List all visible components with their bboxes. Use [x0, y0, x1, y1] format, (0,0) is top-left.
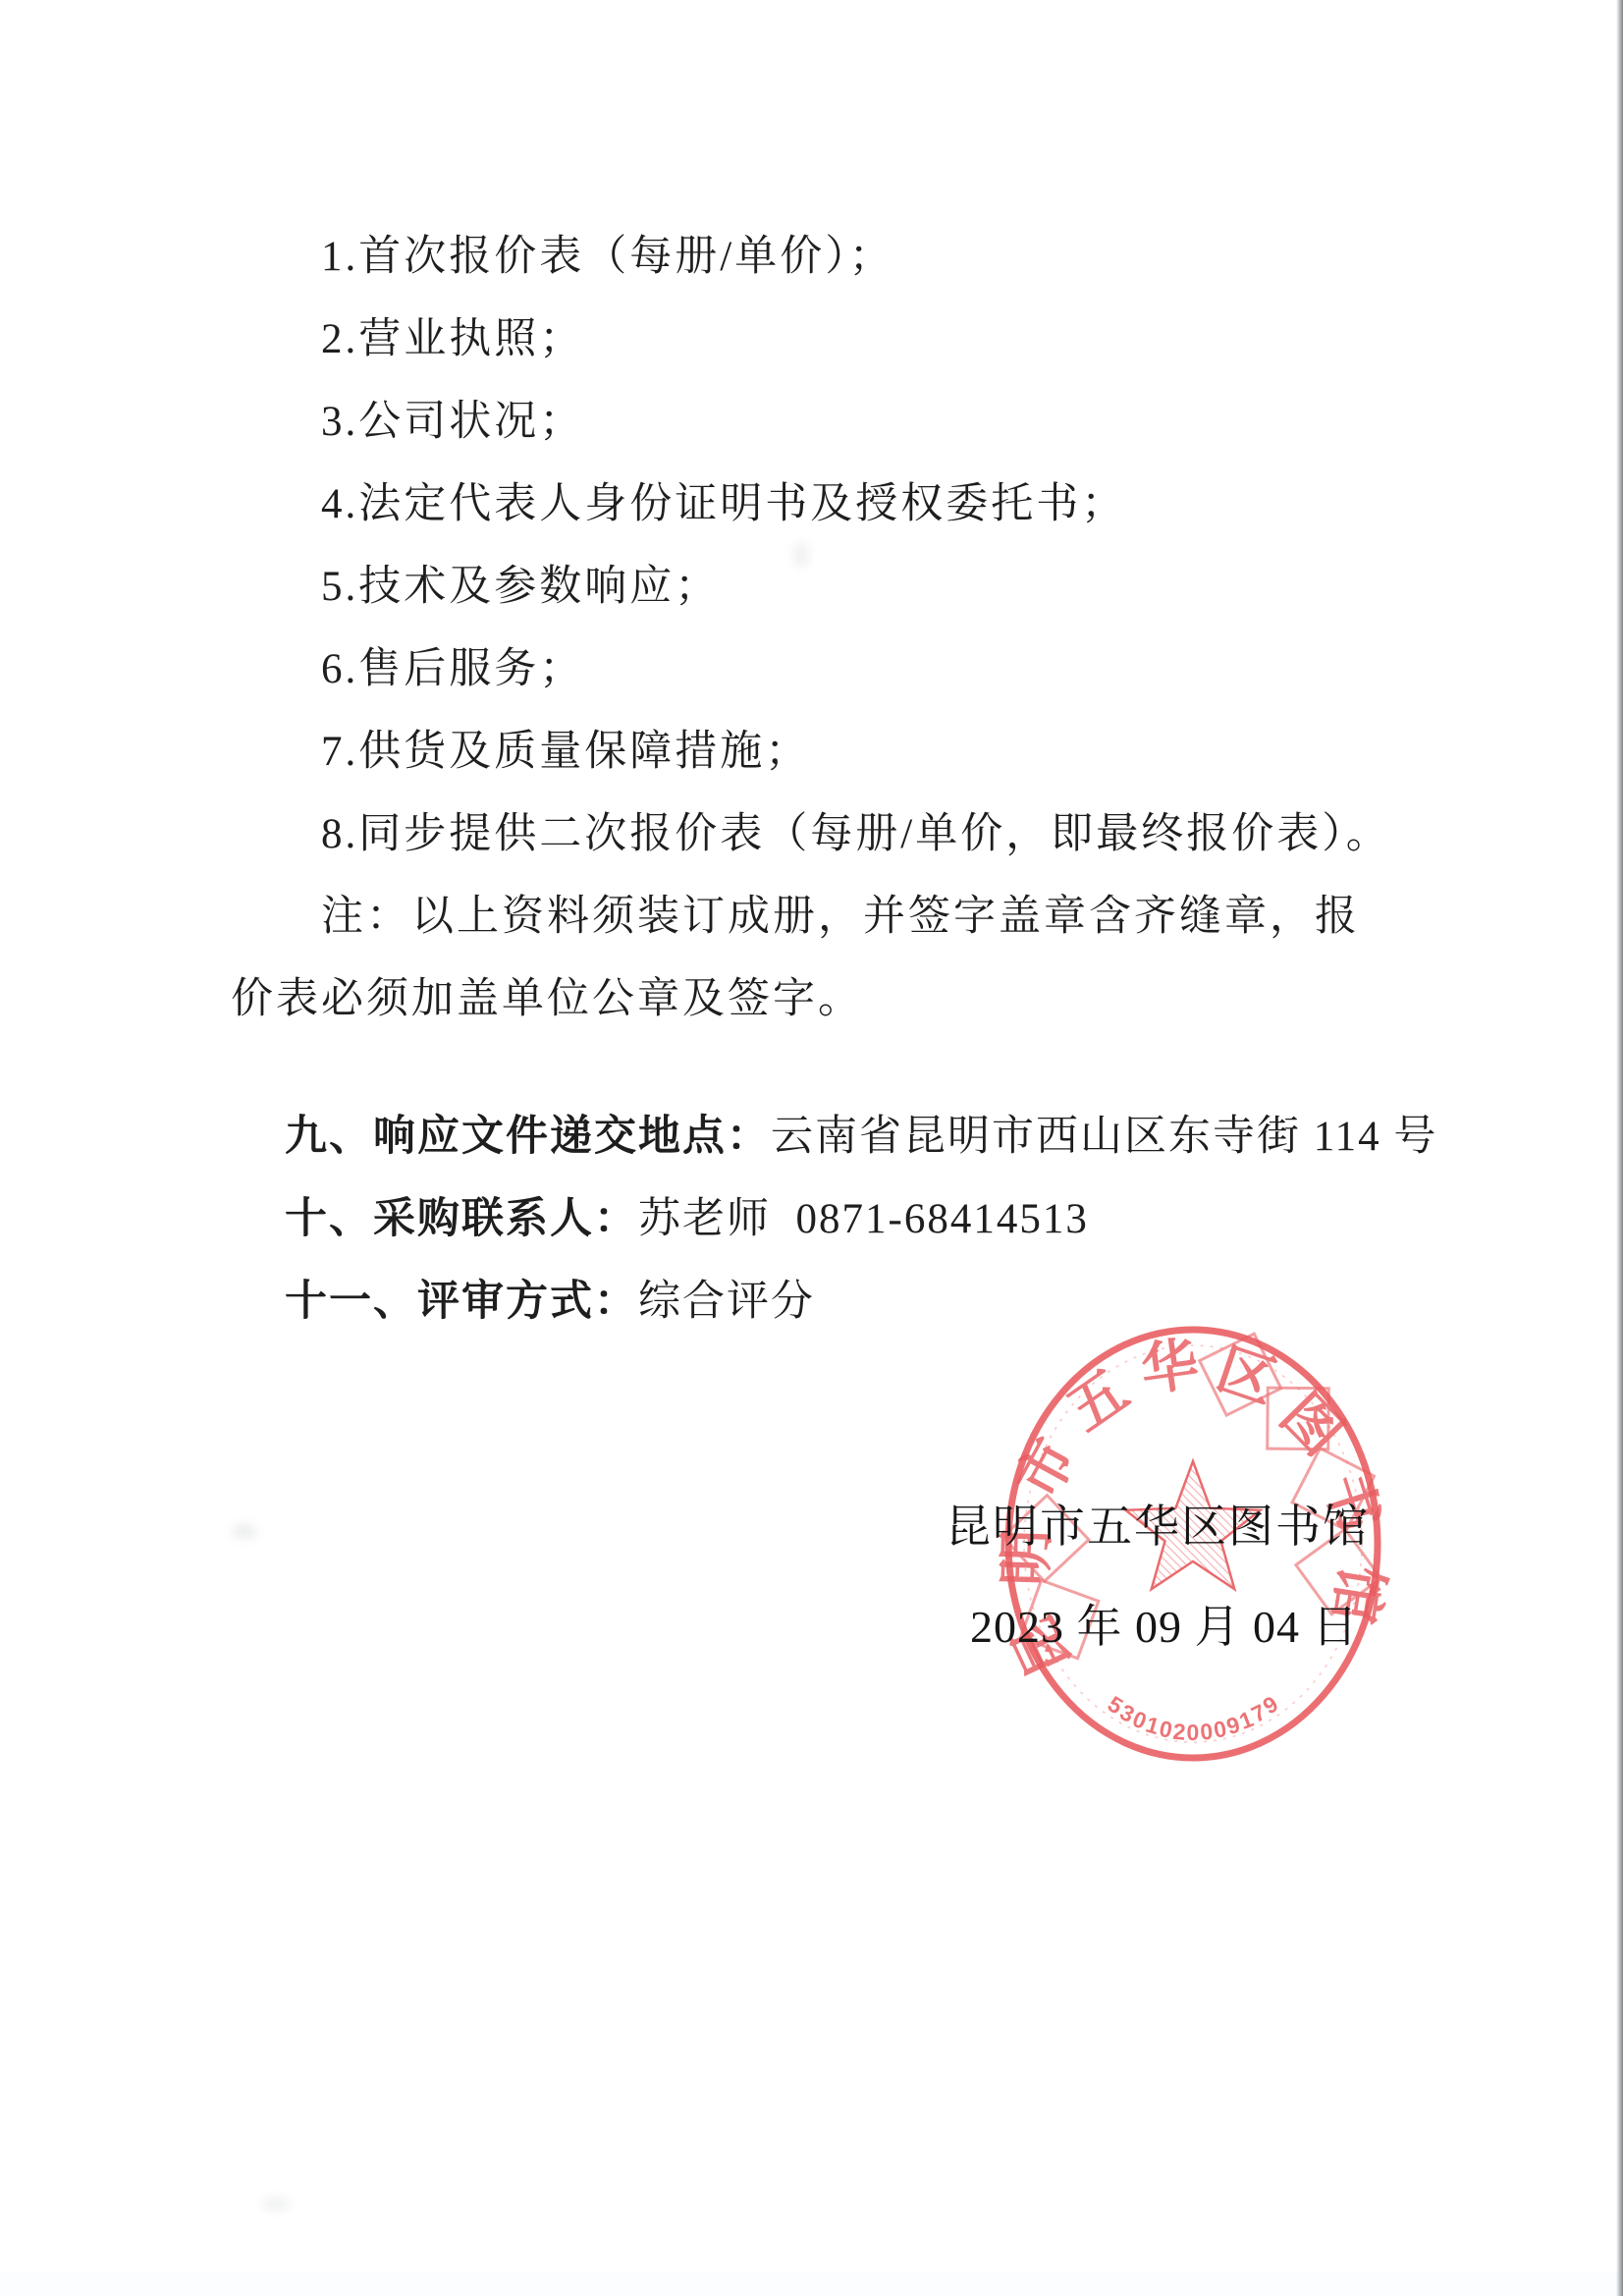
scan-smudge — [232, 1524, 257, 1539]
svg-text:2: 2 — [1172, 1719, 1187, 1745]
issuer-organization: 昆明市五华区图书馆 — [946, 1491, 1370, 1556]
scan-smudge — [793, 542, 809, 568]
scan-bottom-band — [0, 2272, 1623, 2296]
section-review-method-value: 综合评分 — [638, 1279, 815, 1325]
section-review-method-label: 十一、评审方式： — [285, 1279, 638, 1325]
list-item-7: 7.供货及质量保障措施； — [321, 725, 810, 780]
list-item-6: 6.售后服务； — [321, 642, 584, 697]
seal-serial-number: 5301020009179 — [1104, 1691, 1282, 1745]
document-page: 1.首次报价表（每册/单价）； 2.营业执照； 3.公司状况； 4.法定代表人身… — [0, 0, 1623, 2296]
list-item-3: 3.公司状况； — [321, 395, 584, 450]
list-item-1: 1.首次报价表（每册/单价）； — [321, 230, 894, 285]
svg-text:图: 图 — [1269, 1382, 1354, 1467]
section-review-method: 十一、评审方式：综合评分 — [231, 1220, 815, 1385]
note-line-1: 注：以上资料须装订成册，并签字盖章含齐缝章，报 — [321, 890, 1360, 945]
list-item-8: 8.同步提供二次报价表（每册/单价，即最终报价表）。 — [321, 807, 1391, 862]
issue-date: 2023 年 09 月 04 日 — [970, 1591, 1359, 1656]
list-item-4: 4.法定代表人身份证明书及授权委托书； — [321, 477, 1126, 532]
svg-text:华: 华 — [1137, 1332, 1202, 1402]
scan-right-edge — [1616, 0, 1623, 2296]
svg-text:0: 0 — [1187, 1720, 1200, 1745]
list-item-2: 2.营业执照； — [321, 312, 584, 367]
svg-text:五: 五 — [1056, 1358, 1140, 1443]
scan-smudge — [261, 2198, 291, 2211]
note-line-2: 价表必须加盖单位公章及签字。 — [231, 972, 863, 1027]
list-item-5: 5.技术及参数响应； — [321, 560, 720, 615]
